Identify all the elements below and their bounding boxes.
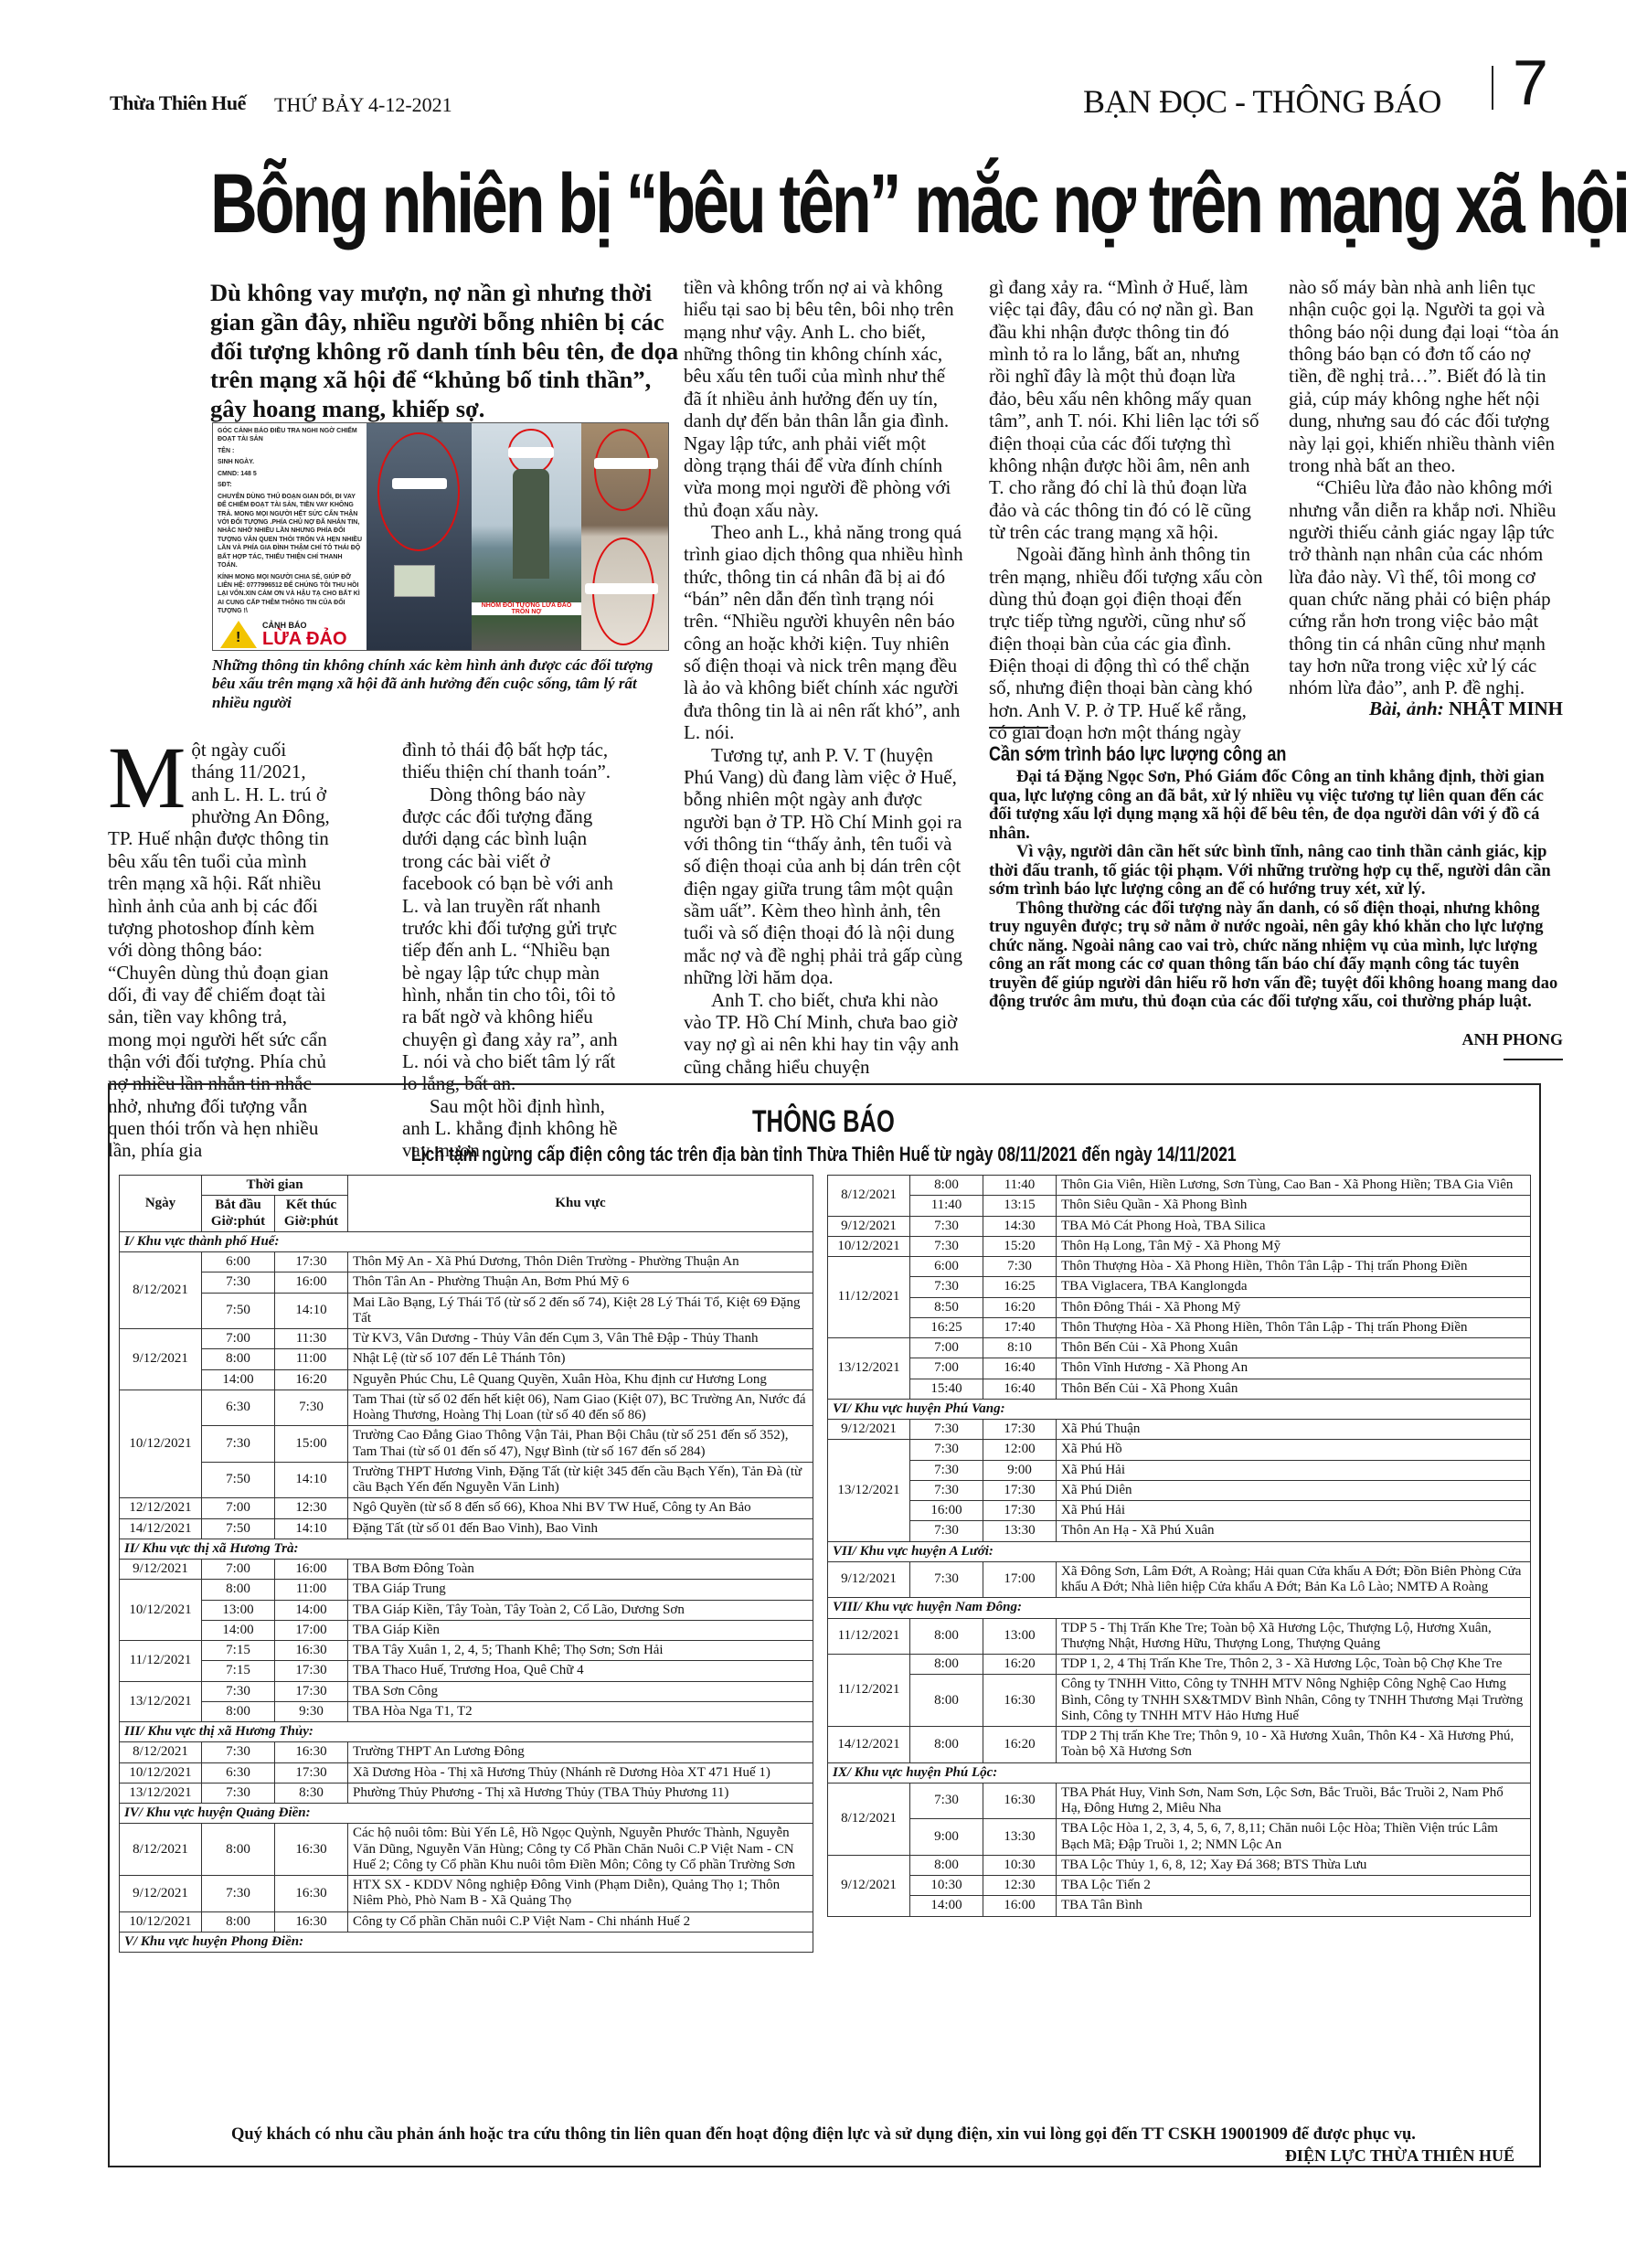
col-header-date: Ngày <box>120 1176 202 1232</box>
cell-area: Trường THPT Hương Vinh, Đặng Tất (từ kiệ… <box>348 1462 813 1498</box>
schedule-body-left: I/ Khu vực thành phố Huế:8/12/20216:0017… <box>120 1231 813 1952</box>
article-lead: Dù không vay mượn, nợ nần gì nhưng thời … <box>210 279 685 424</box>
table-row: 9/12/20217:3014:30TBA Mỏ Cát Phong Hoà, … <box>828 1216 1531 1236</box>
cell-start: 7:15 <box>202 1661 275 1681</box>
photo-text-line: TÊN : <box>218 447 362 455</box>
schedule-body-right: 8/12/20218:0011:40Thôn Gia Viên, Hiền Lư… <box>828 1176 1531 1917</box>
cell-start: 16:00 <box>910 1501 983 1521</box>
table-row: 7:1517:30TBA Thaco Huế, Trương Hoa, Quê … <box>120 1661 813 1681</box>
cell-end: 14:30 <box>983 1216 1057 1236</box>
warning-big-label: LỪA ĐẢO <box>262 630 347 648</box>
cell-date: 9/12/2021 <box>120 1560 202 1580</box>
cell-area: TBA Sơn Công <box>348 1681 813 1701</box>
cell-end: 8:10 <box>983 1338 1057 1358</box>
divider <box>989 727 1048 729</box>
person-silhouette <box>513 469 549 579</box>
dateline: THỨ BẢY 4-12-2021 <box>274 93 452 117</box>
table-row: 7:309:00Xã Phú Hải <box>828 1460 1531 1480</box>
cell-end: 16:30 <box>275 1824 348 1876</box>
cell-date: 10/12/2021 <box>120 1580 202 1641</box>
cell-end: 16:40 <box>983 1358 1057 1379</box>
cell-start: 6:00 <box>202 1252 275 1272</box>
cell-start: 9:00 <box>910 1819 983 1856</box>
cell-date: 13/12/2021 <box>120 1783 202 1803</box>
cell-area: TBA Tân Bình <box>1057 1896 1531 1916</box>
cell-end: 16:30 <box>275 1876 348 1912</box>
cell-start: 6:00 <box>910 1257 983 1277</box>
section-row: VIII/ Khu vực huyện Nam Đông: <box>828 1598 1531 1618</box>
red-circle-icon <box>594 429 651 511</box>
paragraph: Theo anh L., khả năng trong quá trình gi… <box>684 521 967 744</box>
cell-date: 8/12/2021 <box>120 1252 202 1329</box>
photo-man-standing-by-sea: NHÓM ĐỐI TƯỢNG LỪA ĐẢO TRỐN NỢ <box>472 423 581 650</box>
cell-area: TBA Lộc Thủy 1, 6, 8, 12; Xay Đá 368; BT… <box>1057 1855 1531 1875</box>
schedule-table-right: 8/12/20218:0011:40Thôn Gia Viên, Hiền Lư… <box>827 1175 1531 1917</box>
col-header-time: Thời gian <box>202 1176 348 1196</box>
cell-start: 7:30 <box>202 1681 275 1701</box>
article-headline: Bỗng nhiên bị “bêu tên” mắc nợ trên mạng… <box>210 160 1265 249</box>
col-header-area: Khu vực <box>348 1176 813 1232</box>
table-row: 10/12/20216:307:30Tam Thai (từ số 02 đến… <box>120 1390 813 1426</box>
cell-start: 7:30 <box>910 1460 983 1480</box>
table-row: 7:3016:00Thôn Tân An - Phường Thuận An, … <box>120 1272 813 1293</box>
table-row: 14:0017:00TBA Giáp Kiền <box>120 1620 813 1640</box>
sidebar-title: Cần sớm trình báo lực lượng công an <box>989 742 1286 766</box>
cell-end: 17:30 <box>275 1681 348 1701</box>
cell-area: TBA Lộc Tiến 2 <box>1057 1876 1531 1896</box>
cell-end: 7:30 <box>275 1390 348 1426</box>
cell-start: 7:30 <box>910 1236 983 1256</box>
cell-start: 14:00 <box>910 1896 983 1916</box>
paragraph: gì đang xảy ra. “Mình ở Huế, làm việc tạ… <box>989 276 1263 543</box>
cell-date: 9/12/2021 <box>828 1216 910 1236</box>
photo-warning-text: GÓC CẢNH BÁO ĐIỀU TRA NGHI NGỜ CHIẾM ĐOẠ… <box>213 423 367 650</box>
notice-title-text: THÔNG BÁO <box>752 1104 895 1140</box>
paragraph: đình tỏ thái độ bất hợp tác, thiếu thiện… <box>402 739 624 783</box>
section-row: VII/ Khu vực huyện A Lưới: <box>828 1541 1531 1561</box>
table-row: 13/12/20217:3012:00Xã Phú Hồ <box>828 1440 1531 1460</box>
photo-portraits <box>581 423 668 650</box>
cell-area: Xã Phú Thuận <box>1057 1420 1531 1440</box>
divider <box>1504 1059 1563 1060</box>
table-row: 8:009:30TBA Hòa Nga T1, T2 <box>120 1701 813 1721</box>
schedule-table-left: Ngày Thời gian Khu vực Bắt đầu Giờ:phút … <box>119 1175 813 1953</box>
id-card-image <box>394 565 435 597</box>
cell-area: Nhật Lệ (từ số 107 đến Lê Thánh Tôn) <box>348 1349 813 1369</box>
photo-text-line: GÓC CẢNH BÁO ĐIỀU TRA NGHI NGỜ CHIẾM ĐOẠ… <box>218 427 362 444</box>
table-row: 7:0016:40Thôn Vĩnh Hương - Xã Phong An <box>828 1358 1531 1379</box>
cell-start: 8:00 <box>910 1675 983 1727</box>
eye-censor-bar <box>392 478 447 489</box>
cell-area: Thôn Bến Củi - Xã Phong Xuân <box>1057 1379 1531 1399</box>
cell-end: 15:00 <box>275 1426 348 1463</box>
cell-end: 16:30 <box>275 1742 348 1762</box>
article-column-5: nào số máy bàn nhà anh liên tục nhận cuộ… <box>1289 276 1563 699</box>
cell-date: 9/12/2021 <box>120 1329 202 1390</box>
table-row: 7:3016:25TBA Viglacera, TBA Kanglongda <box>828 1277 1531 1297</box>
cell-area: Xã Đông Sơn, Lâm Đớt, A Roàng; Hải quan … <box>1057 1561 1531 1598</box>
table-row: 11/12/20218:0013:00TDP 5 - Thị Trấn Khe … <box>828 1618 1531 1655</box>
cell-end: 16:20 <box>983 1297 1057 1317</box>
cell-area: TBA Giáp Kiền, Tây Toàn, Tây Toàn 2, Cổ … <box>348 1600 813 1620</box>
table-row: 8:0016:30Công ty TNHH Vitto, Công ty TNH… <box>828 1675 1531 1727</box>
table-row: 9:0013:30TBA Lộc Hòa 1, 2, 3, 4, 5, 6, 7… <box>828 1819 1531 1856</box>
photo-text-line: CMND: 148 5 <box>218 470 362 478</box>
cell-area: TBA Phát Huy, Vinh Sơn, Nam Sơn, Lộc Sơn… <box>1057 1783 1531 1819</box>
article-column-4: gì đang xảy ra. “Mình ở Huế, làm việc tạ… <box>989 276 1263 744</box>
cell-area: TDP 5 - Thị Trấn Khe Tre; Toàn bộ Xã Hươ… <box>1057 1618 1531 1655</box>
section-row: II/ Khu vực thị xã Hương Trà: <box>120 1539 813 1559</box>
col-header-start: Bắt đầu Giờ:phút <box>202 1196 275 1232</box>
cell-start: 13:00 <box>202 1600 275 1620</box>
cell-date: 10/12/2021 <box>120 1762 202 1783</box>
notice-subtitle-text: Lịch tạm ngừng cấp điện công tác trên đị… <box>411 1143 1237 1166</box>
table-row: 8/12/20217:3016:30Trường THPT An Lương Đ… <box>120 1742 813 1762</box>
cell-area: Thôn Bến Củi - Xã Phong Xuân <box>1057 1338 1531 1358</box>
cell-start: 7:30 <box>202 1272 275 1293</box>
cell-end: 11:40 <box>983 1176 1057 1196</box>
cell-area: TBA Giáp Trung <box>348 1580 813 1600</box>
table-row: 8:0011:00Nhật Lệ (từ số 107 đến Lê Thánh… <box>120 1349 813 1369</box>
cell-start: 8:00 <box>910 1176 983 1196</box>
cell-start: 7:00 <box>910 1358 983 1379</box>
paragraph: Tương tự, anh P. V. T (huyện Phú Vang) d… <box>684 744 967 989</box>
warning-triangle-icon <box>220 621 257 648</box>
cell-start: 6:30 <box>202 1762 275 1783</box>
table-row: 15:4016:40Thôn Bến Củi - Xã Phong Xuân <box>828 1379 1531 1399</box>
eye-censor-bar <box>594 458 658 469</box>
section-row: V/ Khu vực huyện Phong Điền: <box>120 1932 813 1952</box>
cell-end: 15:20 <box>983 1236 1057 1256</box>
cell-start: 7:00 <box>202 1560 275 1580</box>
table-row: 13/12/20217:3017:30TBA Sơn Công <box>120 1681 813 1701</box>
cell-start: 7:50 <box>202 1462 275 1498</box>
table-row: 9/12/20217:0016:00TBA Bơm Đông Toàn <box>120 1560 813 1580</box>
notice-subtitle: Lịch tạm ngừng cấp điện công tác trên đị… <box>0 1143 1647 1166</box>
paragraph: Đại tá Đặng Ngọc Sơn, Phó Giám đốc Công … <box>989 768 1565 843</box>
cell-area: Tam Thai (từ số 02 đến hết kiệt 06), Nam… <box>348 1390 813 1426</box>
cell-start: 16:25 <box>910 1317 983 1337</box>
article-byline: Bài, ảnh: NHẬT MINH <box>1289 697 1563 720</box>
photo-caption: Những thông tin không chính xác kèm hình… <box>212 656 669 712</box>
cell-date: 11/12/2021 <box>828 1257 910 1338</box>
cell-date: 14/12/2021 <box>120 1518 202 1539</box>
cell-area: Đặng Tất (từ số 01 đến Bao Vinh), Bao Vi… <box>348 1518 813 1539</box>
eye-censor-bar <box>585 583 658 594</box>
cell-start: 8:00 <box>910 1855 983 1875</box>
photo-text-line: SĐT: <box>218 481 362 489</box>
cell-area: Xã Phú Diên <box>1057 1480 1531 1500</box>
cell-start: 8:00 <box>202 1824 275 1876</box>
cell-end: 8:30 <box>275 1783 348 1803</box>
cell-end: 9:30 <box>275 1701 348 1721</box>
table-row: 12/12/20217:0012:30Ngô Quyền (từ số 8 đế… <box>120 1498 813 1518</box>
cell-end: 17:30 <box>983 1480 1057 1500</box>
paragraph: “Chiêu lừa đảo nào không mới nhưng vẫn d… <box>1289 476 1563 699</box>
cell-start: 7:30 <box>910 1277 983 1297</box>
table-row: 7:5014:10Trường THPT Hương Vinh, Đặng Tấ… <box>120 1462 813 1498</box>
cell-start: 7:30 <box>910 1216 983 1236</box>
cell-end: 17:30 <box>983 1420 1057 1440</box>
cell-start: 7:30 <box>910 1561 983 1598</box>
cell-end: 16:20 <box>983 1655 1057 1675</box>
cell-area: TBA Bơm Đông Toàn <box>348 1560 813 1580</box>
cell-area: Thôn Đông Thái - Xã Phong Mỹ <box>1057 1297 1531 1317</box>
section-title: V/ Khu vực huyện Phong Điền: <box>120 1932 813 1952</box>
cell-start: 8:00 <box>202 1349 275 1369</box>
cell-end: 7:30 <box>983 1257 1057 1277</box>
cell-area: TBA Viglacera, TBA Kanglongda <box>1057 1277 1531 1297</box>
table-row: 10/12/20216:3017:30Xã Dương Hòa - Thị xã… <box>120 1762 813 1783</box>
cell-area: Trường THPT An Lương Đông <box>348 1742 813 1762</box>
cell-area: Các hộ nuôi tôm: Bùi Yến Lê, Hồ Ngọc Quỳ… <box>348 1824 813 1876</box>
cell-date: 8/12/2021 <box>828 1783 910 1855</box>
table-row: 13/12/20217:308:30Phường Thủy Phương - T… <box>120 1783 813 1803</box>
table-row: 8/12/20216:0017:30Thôn Mỹ An - Xã Phú Dư… <box>120 1252 813 1272</box>
cell-area: Mai Lão Bạng, Lý Thái Tổ (từ số 2 đến số… <box>348 1293 813 1329</box>
cell-date: 12/12/2021 <box>120 1498 202 1518</box>
cell-date: 9/12/2021 <box>828 1855 910 1916</box>
table-row: 8:5016:20Thôn Đông Thái - Xã Phong Mỹ <box>828 1297 1531 1317</box>
cell-date: 10/12/2021 <box>120 1390 202 1498</box>
cell-area: Công ty Cổ phần Chăn nuôi C.P Việt Nam -… <box>348 1911 813 1932</box>
cell-start: 14:00 <box>202 1620 275 1640</box>
cell-end: 16:30 <box>983 1783 1057 1819</box>
cell-date: 9/12/2021 <box>828 1420 910 1440</box>
table-row: 7:3017:30Xã Phú Diên <box>828 1480 1531 1500</box>
table-row: 16:2517:40Thôn Thượng Hòa - Xã Phong Hiề… <box>828 1317 1531 1337</box>
cell-date: 8/12/2021 <box>120 1742 202 1762</box>
article-column-3: tiền và không trốn nợ ai và không hiểu t… <box>684 276 967 1078</box>
table-row: 9/12/20217:3016:30HTX SX - KDDV Nông ngh… <box>120 1876 813 1912</box>
photo-text-line: KÍNH MONG MỌI NGƯỜI CHIA SẺ, GIÚP ĐỠ LIÊ… <box>218 573 362 616</box>
cell-date: 8/12/2021 <box>120 1824 202 1876</box>
cell-start: 7:30 <box>202 1742 275 1762</box>
table-row: 8/12/20218:0016:30Các hộ nuôi tôm: Bùi Y… <box>120 1824 813 1876</box>
table-row: 11:4013:15Thôn Siêu Quần - Xã Phong Bình <box>828 1196 1531 1216</box>
paragraph: nào số máy bàn nhà anh liên tục nhận cuộ… <box>1289 276 1563 476</box>
section-title: IV/ Khu vực huyện Quảng Điền: <box>120 1804 813 1824</box>
cell-start: 7:50 <box>202 1293 275 1329</box>
cell-end: 17:30 <box>983 1501 1057 1521</box>
section-title: III/ Khu vực thị xã Hương Thủy: <box>120 1722 813 1742</box>
cell-area: Thôn Hạ Long, Tân Mỹ - Xã Phong Mỹ <box>1057 1236 1531 1256</box>
cell-start: 8:00 <box>202 1911 275 1932</box>
cell-area: Xã Phú Hải <box>1057 1501 1531 1521</box>
table-row: 8/12/20218:0011:40Thôn Gia Viên, Hiền Lư… <box>828 1176 1531 1196</box>
section-row: IX/ Khu vực huyện Phú Lộc: <box>828 1762 1531 1783</box>
table-row: 10/12/20218:0016:30Công ty Cổ phần Chăn … <box>120 1911 813 1932</box>
cell-date: 8/12/2021 <box>828 1176 910 1217</box>
cell-date: 14/12/2021 <box>828 1727 910 1763</box>
section-title: II/ Khu vực thị xã Hương Trà: <box>120 1539 813 1559</box>
cell-start: 6:30 <box>202 1390 275 1426</box>
section-row: IV/ Khu vực huyện Quảng Điền: <box>120 1804 813 1824</box>
cell-area: TBA Thaco Huế, Trương Hoa, Quê Chữ 4 <box>348 1661 813 1681</box>
paragraph: Thông thường các đối tượng này ẩn danh, … <box>989 900 1565 1012</box>
cell-area: Thôn Vĩnh Hương - Xã Phong An <box>1057 1358 1531 1379</box>
cell-area: Thôn Thượng Hòa - Xã Phong Hiền, Thôn Tâ… <box>1057 1317 1531 1337</box>
header-divider <box>1492 66 1493 110</box>
notice-footer-note: Quý khách có nhu cầu phản ánh hoặc tra c… <box>0 2125 1647 2145</box>
cell-start: 8:50 <box>910 1297 983 1317</box>
cell-area: TBA Hòa Nga T1, T2 <box>348 1701 813 1721</box>
cell-date: 9/12/2021 <box>120 1876 202 1912</box>
section-row: VI/ Khu vực huyện Phú Vang: <box>828 1399 1531 1419</box>
cell-area: TBA Tây Xuân 1, 2, 4, 5; Thanh Khê; Thọ … <box>348 1641 813 1661</box>
table-row: 7:3013:30Thôn An Hạ - Xã Phú Xuân <box>828 1521 1531 1541</box>
cell-date: 11/12/2021 <box>828 1618 910 1655</box>
cell-area: Trường Cao Đẳng Giao Thông Vận Tải, Phan… <box>348 1426 813 1463</box>
table-row: 11/12/20217:1516:30TBA Tây Xuân 1, 2, 4,… <box>120 1641 813 1661</box>
cell-start: 7:00 <box>202 1329 275 1349</box>
cell-end: 9:00 <box>983 1460 1057 1480</box>
section-row: III/ Khu vực thị xã Hương Thủy: <box>120 1722 813 1742</box>
section-title: I/ Khu vực thành phố Huế: <box>120 1231 813 1251</box>
section-row: I/ Khu vực thành phố Huế: <box>120 1231 813 1251</box>
table-row: 10/12/20218:0011:00TBA Giáp Trung <box>120 1580 813 1600</box>
section-title: BẠN ĐỌC - THÔNG BÁO <box>1083 82 1441 121</box>
sidebar-byline: ANH PHONG <box>1398 1030 1563 1049</box>
cell-date: 11/12/2021 <box>120 1641 202 1682</box>
notice-title: THÔNG BÁO <box>0 1104 1647 1140</box>
cell-area: TBA Mỏ Cát Phong Hoà, TBA Silica <box>1057 1216 1531 1236</box>
table-row: 7:5014:10Mai Lão Bạng, Lý Thái Tổ (từ số… <box>120 1293 813 1329</box>
cell-area: Nguyễn Phúc Chu, Lê Quang Quyền, Xuân Hò… <box>348 1369 813 1390</box>
cell-start: 7:50 <box>202 1518 275 1539</box>
cell-area: Thôn Tân An - Phường Thuận An, Bơm Phú M… <box>348 1272 813 1293</box>
photo-text-line: SINH NGÀY. <box>218 458 362 466</box>
cell-start: 7:00 <box>910 1338 983 1358</box>
cell-start: 7:30 <box>202 1426 275 1463</box>
cell-area: TDP 1, 2, 4 Thị Trấn Khe Tre, Thôn 2, 3 … <box>1057 1655 1531 1675</box>
cell-end: 17:30 <box>275 1661 348 1681</box>
cell-end: 12:00 <box>983 1440 1057 1460</box>
cell-start: 7:30 <box>202 1876 275 1912</box>
cell-area: Thôn An Hạ - Xã Phú Xuân <box>1057 1521 1531 1541</box>
section-title: VII/ Khu vực huyện A Lưới: <box>828 1541 1531 1561</box>
cell-date: 13/12/2021 <box>120 1681 202 1722</box>
cell-end: 11:30 <box>275 1329 348 1349</box>
cell-end: 13:15 <box>983 1196 1057 1216</box>
cell-start: 8:00 <box>202 1580 275 1600</box>
cell-start: 7:30 <box>910 1480 983 1500</box>
table-row: 11/12/20218:0016:20TDP 1, 2, 4 Thị Trấn … <box>828 1655 1531 1675</box>
paragraph: Ngoài đăng hình ảnh thông tin trên mạng,… <box>989 543 1263 743</box>
cell-end: 14:10 <box>275 1293 348 1329</box>
cell-end: 13:30 <box>983 1521 1057 1541</box>
cell-start: 7:30 <box>910 1440 983 1460</box>
cell-end: 16:40 <box>983 1379 1057 1399</box>
cell-area: Thôn Mỹ An - Xã Phú Dương, Thôn Diên Trư… <box>348 1252 813 1272</box>
photo-text-line: CHUYÊN DÙNG THỦ ĐOẠN GIAN DỐI, ĐI VAY ĐỂ… <box>218 493 362 570</box>
cell-start: 8:00 <box>910 1655 983 1675</box>
cell-date: 10/12/2021 <box>120 1911 202 1932</box>
cell-date: 9/12/2021 <box>828 1561 910 1598</box>
photo-man-with-id-card <box>367 423 472 650</box>
cell-start: 7:00 <box>202 1498 275 1518</box>
cell-end: 13:00 <box>983 1618 1057 1655</box>
cell-end: 14:10 <box>275 1518 348 1539</box>
cell-end: 10:30 <box>983 1855 1057 1875</box>
cell-area: TBA Lộc Hòa 1, 2, 3, 4, 5, 6, 7, 8,11; C… <box>1057 1819 1531 1856</box>
cell-area: Phường Thủy Phương - Thị xã Hương Thủy (… <box>348 1783 813 1803</box>
cell-date: 13/12/2021 <box>828 1338 910 1400</box>
cell-area: TBA Giáp Kiền <box>348 1620 813 1640</box>
cell-end: 12:30 <box>983 1876 1057 1896</box>
cell-end: 16:00 <box>983 1896 1057 1916</box>
cell-end: 17:00 <box>983 1561 1057 1598</box>
byline-prefix: Bài, ảnh: <box>1369 697 1444 719</box>
cell-start: 7:30 <box>910 1521 983 1541</box>
cell-end: 16:30 <box>983 1675 1057 1727</box>
table-row: 14:0016:00TBA Tân Bình <box>828 1896 1531 1916</box>
cell-start: 14:00 <box>202 1369 275 1390</box>
table-row: 9/12/20217:0011:30Từ KV3, Vân Dương - Th… <box>120 1329 813 1349</box>
table-row: 11/12/20216:007:30Thôn Thượng Hòa - Xã P… <box>828 1257 1531 1277</box>
table-row: 9/12/20218:0010:30TBA Lộc Thủy 1, 6, 8, … <box>828 1855 1531 1875</box>
warning-badge: CẢNH BÁO LỪA ĐẢO <box>220 621 347 648</box>
col-header-end: Kết thúc Giờ:phút <box>275 1196 348 1232</box>
cell-end: 16:20 <box>275 1369 348 1390</box>
cell-end: 11:00 <box>275 1349 348 1369</box>
cell-area: Thôn Thượng Hòa - Xã Phong Hiền, Thôn Tâ… <box>1057 1257 1531 1277</box>
photo-strip-label: NHÓM ĐỐI TƯỢNG LỪA ĐẢO TRỐN NỢ <box>472 602 581 615</box>
cell-end: 17:30 <box>275 1762 348 1783</box>
section-title: VIII/ Khu vực huyện Nam Đông: <box>828 1598 1531 1618</box>
cell-area: Từ KV3, Vân Dương - Thủy Vân đến Cụm 3, … <box>348 1329 813 1349</box>
drop-cap: M <box>108 744 186 813</box>
paragraph: Anh T. cho biết, chưa khi nào vào TP. Hồ… <box>684 989 967 1078</box>
section-title: IX/ Khu vực huyện Phú Lộc: <box>828 1762 1531 1783</box>
cell-area: Xã Phú Hải <box>1057 1460 1531 1480</box>
cell-end: 17:00 <box>275 1620 348 1640</box>
cell-end: 16:30 <box>275 1911 348 1932</box>
cell-start: 11:40 <box>910 1196 983 1216</box>
cell-end: 17:40 <box>983 1317 1057 1337</box>
cell-start: 7:30 <box>910 1420 983 1440</box>
cell-end: 16:00 <box>275 1272 348 1293</box>
cell-end: 14:00 <box>275 1600 348 1620</box>
cell-date: 13/12/2021 <box>828 1440 910 1541</box>
sidebar-body: Đại tá Đặng Ngọc Sơn, Phó Giám đốc Công … <box>989 768 1565 1012</box>
cell-end: 13:30 <box>983 1819 1057 1856</box>
cell-date: 10/12/2021 <box>828 1236 910 1256</box>
cell-end: 14:10 <box>275 1462 348 1498</box>
cell-start: 7:30 <box>910 1783 983 1819</box>
page-number: 7 <box>1513 50 1548 114</box>
cell-area: Xã Dương Hòa - Thị xã Hương Thủy (Nhánh … <box>348 1762 813 1783</box>
cell-end: 16:00 <box>275 1560 348 1580</box>
cell-area: TDP 2 Thị trấn Khe Tre; Thôn 9, 10 - Xã … <box>1057 1727 1531 1763</box>
eye-censor-bar <box>508 447 554 458</box>
table-row: 10/12/20217:3015:20Thôn Hạ Long, Tân Mỹ … <box>828 1236 1531 1256</box>
cell-end: 17:30 <box>275 1252 348 1272</box>
paragraph: tiền và không trốn nợ ai và không hiểu t… <box>684 276 967 521</box>
cell-start: 8:00 <box>202 1701 275 1721</box>
cell-start: 8:00 <box>910 1727 983 1763</box>
cell-start: 7:15 <box>202 1641 275 1661</box>
paragraph: Vì vậy, người dân cần hết sức bình tĩnh,… <box>989 843 1565 900</box>
table-row: 7:3015:00Trường Cao Đẳng Giao Thông Vận … <box>120 1426 813 1463</box>
article-photo: GÓC CẢNH BÁO ĐIỀU TRA NGHI NGỜ CHIẾM ĐOẠ… <box>212 422 669 651</box>
cell-start: 7:30 <box>202 1783 275 1803</box>
table-row: 14/12/20217:5014:10Đặng Tất (từ số 01 đế… <box>120 1518 813 1539</box>
cell-end: 16:30 <box>275 1641 348 1661</box>
table-row: 13/12/20217:008:10Thôn Bến Củi - Xã Phon… <box>828 1338 1531 1358</box>
masthead: Thừa Thiên Huế <box>110 91 246 115</box>
cell-start: 10:30 <box>910 1876 983 1896</box>
